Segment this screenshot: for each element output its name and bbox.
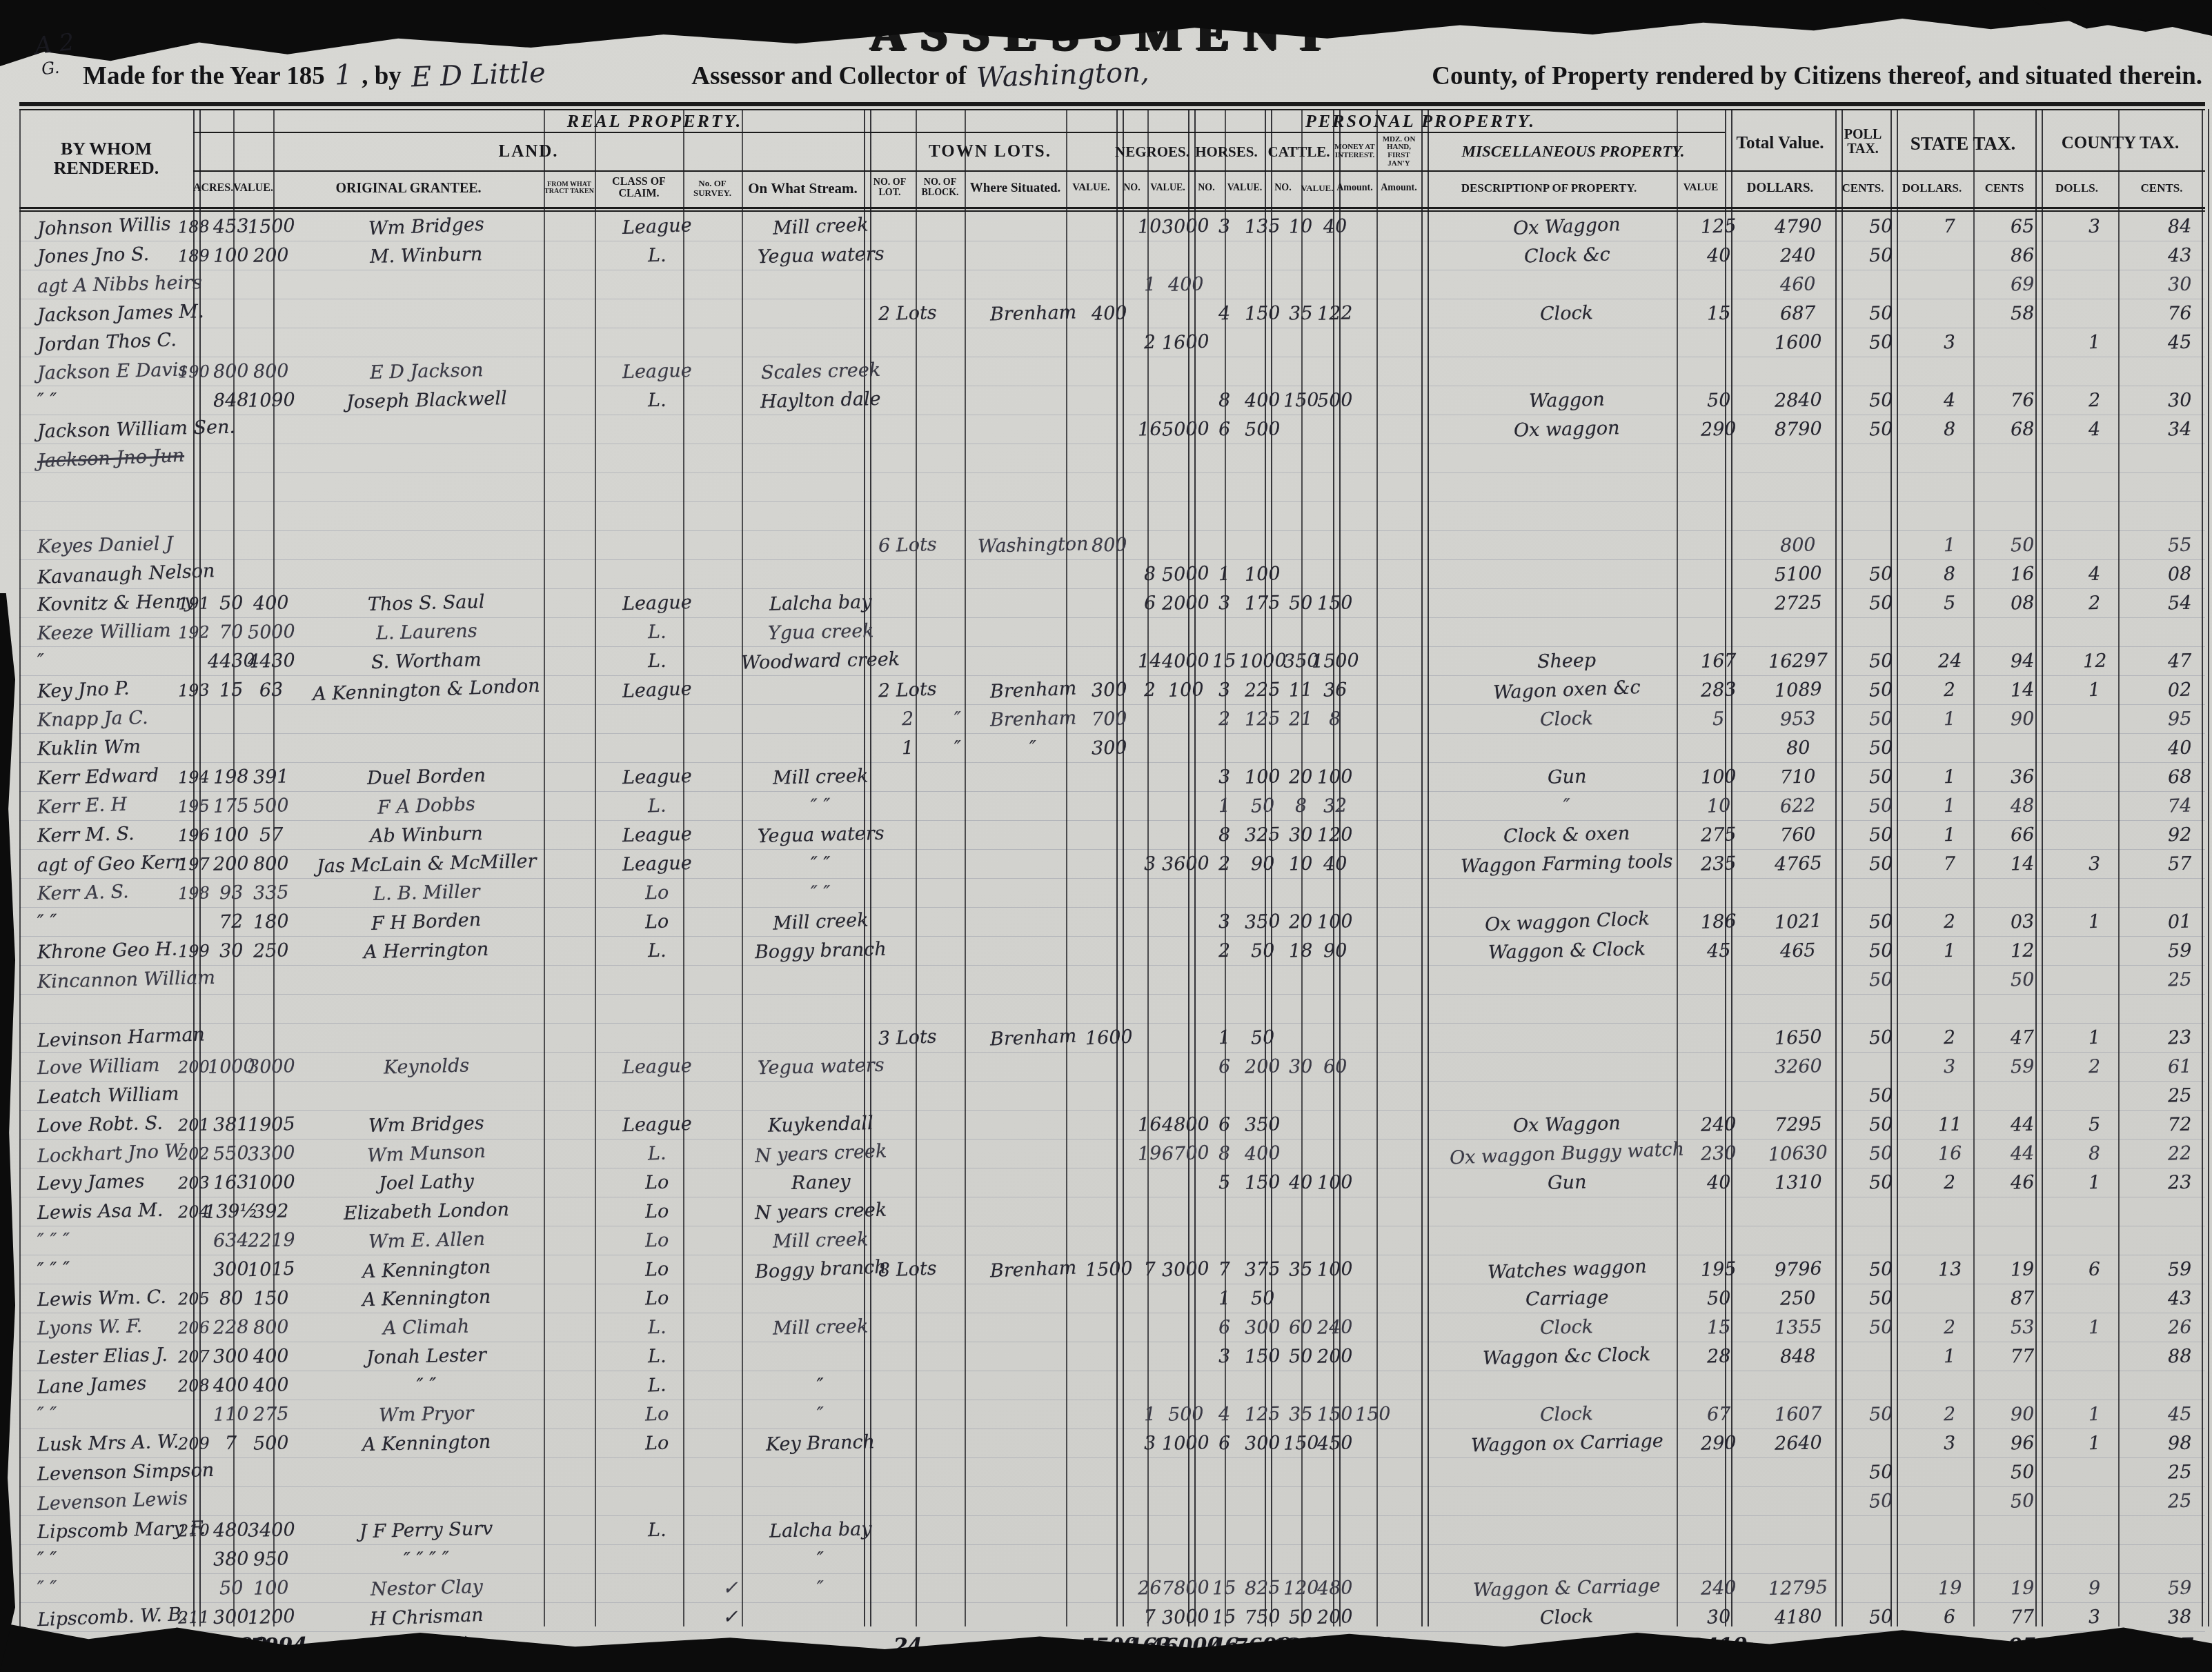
cell-cc: 30 [2136,270,2212,299]
cell-cd: 2 [2053,589,2136,617]
cell-sc: 65 [1991,212,2053,241]
cell-cls: L. [613,937,701,965]
cell-where [982,1226,1084,1255]
cell-stream [760,1082,882,1110]
header-no-of-survey: No. OF SURVEY. [683,172,742,204]
cell-where [982,1545,1084,1573]
cell-acres: 72 [211,908,251,936]
ledger-row: Levinson Harman3 LotsBrenham160015016505… [19,1024,2205,1053]
cell-hn [1206,734,1243,762]
cell-nn [1134,1458,1165,1486]
cell-surv [701,1139,760,1168]
cell-where [982,618,1084,646]
cell-mon [1351,531,1394,559]
ledger-row: Kuklin Wm1″″300805040 [19,734,2205,763]
cell-nv [1165,1545,1206,1573]
cell-cn [1283,1139,1319,1168]
cell-cls: League [613,821,701,849]
cell-cls [613,1024,701,1052]
cell-lotn [882,1168,934,1197]
ledger-row: Lockhart Jno W2025503300Wm MunsonL.N yea… [19,1139,2205,1168]
header-cattle: CATTLE. [1265,135,1333,169]
cell-desc [1439,1516,1695,1544]
cell-acres: 163 [211,1168,251,1197]
cell-cd [2053,444,2136,472]
cell-lotn [882,1111,934,1139]
cell-lotn: 2 Lots [882,676,934,704]
cell-hv: 100 [1243,763,1283,791]
header-horses-value: VALUE. [1225,172,1265,204]
cell-cv [1319,734,1351,762]
cell-lotn [882,618,934,646]
cell-cc [2136,1516,2212,1544]
cell-cd: 1 [2053,676,2136,704]
cell-acres [211,415,251,444]
cell-cn: 10 [1283,212,1319,241]
cell-tot [1743,1082,1853,1110]
cell-name: Jordan Thos C. [19,328,211,357]
cell-hn: 2 [1206,937,1243,965]
cell-cls: League [613,212,701,241]
cell-dval: 100 [1695,763,1743,791]
cell-nn [1134,995,1165,1023]
cell-lotv [1084,415,1134,444]
cell-tract [562,647,613,675]
cell-cv: 120 [1319,821,1351,849]
cell-surv [701,1197,760,1226]
cell-tract [562,879,613,907]
cell-hn: 6 [1206,1111,1243,1139]
cell-name: Kovnitz & Henry191 [19,589,211,617]
cell-stream: Scales creek [760,357,882,386]
cell-lotv [1084,444,1134,472]
cell-dval [1695,734,1743,762]
cell-acres [211,734,251,762]
cell-cc: 68 [2136,763,2212,791]
cell-desc [1439,1458,1695,1486]
cell-stream: ″ [760,1574,882,1602]
cell-sc [1991,1197,2053,1226]
cell-lotv [1084,995,1134,1023]
cell-tract [562,1429,613,1457]
cell-lotv [1084,241,1134,270]
cell-nv: 1600 [1165,328,1206,357]
ledger-row: ″ ″380950″ ″ ″ ″″ [19,1545,2205,1574]
cell-name: Lewis Asa M.204 [19,1197,211,1226]
cell-mds [1394,1053,1439,1081]
cell-tract [562,1342,613,1371]
cell-sd [1908,966,1991,994]
cell-tract [562,1313,613,1342]
cell-dval [1695,1545,1743,1573]
cell-lotn [882,763,934,791]
cell-cn: 21 [1283,705,1319,733]
cell-lotv [1084,1197,1134,1226]
cell-cc: 92 [2136,821,2212,849]
cell-cls [613,1574,701,1602]
cell-cls [613,966,701,994]
cell-cd [2053,792,2136,820]
cell-grantee: S. Wortham [291,647,562,675]
cell-nn [1134,299,1165,328]
cell-cd: 1 [2053,1168,2136,1197]
cell-nv [1165,502,1206,530]
cell-tract [562,241,613,270]
cell-poll [1853,1371,1908,1400]
cell-lotn [882,270,934,299]
cell-stream [760,676,882,704]
cell-stream: Mill creek [760,763,882,791]
cell-desc: Waggon & Clock [1439,937,1695,965]
cell-poll [1853,531,1908,559]
cell-grantee: L. B. Miller [291,879,562,907]
cell-mds [1394,705,1439,733]
cell-lotv [1084,1603,1134,1631]
cell-where [982,1082,1084,1110]
cell-mds [1394,299,1439,328]
cell-grantee: L. Laurens [291,618,562,646]
cell-grantee [291,444,562,472]
cell-nn [1134,763,1165,791]
cell-nv [1165,1024,1206,1052]
cell-name: Love William200 [19,1053,211,1081]
cell-mds [1394,1139,1439,1168]
cell-desc [1439,734,1695,762]
cell-lotn [882,995,934,1023]
cell-hn [1206,1545,1243,1573]
cell-nn: 16 [1134,1111,1165,1139]
rule-top-heavy [19,102,2205,106]
cell-dval [1695,502,1743,530]
cell-poll: 50 [1853,850,1908,878]
cell-sc [1991,444,2053,472]
cell-sd: 5 [1908,589,1991,617]
header-negroes-value: VALUE. [1147,172,1188,204]
cell-cn [1283,270,1319,299]
header-description-of-property: DESCRIPTIONP OF PROPERTY. [1421,172,1677,204]
cell-cn [1283,1487,1319,1515]
cell-grantee [291,560,562,588]
cell-grantee [291,1458,562,1486]
cell-sd: 1 [1908,792,1991,820]
cell-sc: 14 [1991,850,2053,878]
cell-mon [1351,328,1394,357]
cell-lotv [1084,908,1134,936]
cell-mds [1394,415,1439,444]
cell-desc: Ox waggon Clock [1439,908,1695,936]
cell-mon [1351,299,1394,328]
cell-hv [1243,618,1283,646]
cell-lval: 3400 [251,1516,291,1544]
cell-hv [1243,1197,1283,1226]
cell-poll [1853,357,1908,386]
cell-stream: Ygua creek [760,618,882,646]
cell-hn [1206,502,1243,530]
cell-stream: Yegua waters [760,1053,882,1081]
cell-dval [1695,328,1743,357]
cell-hn: 8 [1206,386,1243,415]
cell-cc: 76 [2136,299,2212,328]
header-negroes: NEGROES. [1116,135,1188,169]
cell-stream [760,328,882,357]
cell-hn [1206,995,1243,1023]
cell-cd [2053,1284,2136,1313]
cell-surv [701,763,760,791]
cell-desc [1439,1024,1695,1052]
cell-blk [934,1053,982,1081]
cell-where [982,850,1084,878]
cell-nn [1134,1545,1165,1573]
cell-grantee: M. Winburn [291,241,562,270]
cell-where [982,386,1084,415]
cell-lval: 335 [251,879,291,907]
header-lot-value: VALUE. [1066,172,1116,204]
cell-sc: 58 [1991,299,2053,328]
cell-cv: 60 [1319,1053,1351,1081]
ledger-row: Jackson James M.2 LotsBrenham40041503512… [19,299,2205,328]
cell-lotn [882,879,934,907]
cell-grantee: A Kennington [291,1255,562,1284]
cell-cv: 480 [1319,1574,1351,1602]
cell-mds [1394,1574,1439,1602]
cell-stream [760,415,882,444]
cell-cls: League [613,357,701,386]
cell-lval [251,1024,291,1052]
cell-poll: 50 [1853,792,1908,820]
cell-tract [562,1024,613,1052]
cell-hn [1206,1458,1243,1486]
cell-cv [1319,1082,1351,1110]
ledger-row: Kerr M. S.19610057Ab WinburnLeagueYegua … [19,821,2205,850]
ledger-row: Kovnitz & Henry19150400Thos S. SaulLeagu… [19,589,2205,618]
cell-sd [1908,1197,1991,1226]
cell-mds [1394,1168,1439,1197]
cell-cn [1283,995,1319,1023]
cell-poll [1853,1545,1908,1573]
cell-nn [1134,1371,1165,1400]
cell-mon [1351,1168,1394,1197]
cell-cd [2053,1545,2136,1573]
cell-sd [1908,299,1991,328]
cell-mon [1351,386,1394,415]
cell-mds [1394,270,1439,299]
cell-sd: 16 [1908,1139,1991,1168]
cell-poll: 50 [1853,241,1908,270]
cell-cn: 150 [1283,1429,1319,1457]
ledger-row: Lane James208400400″ ″L.″ [19,1371,2205,1400]
cell-surv [701,241,760,270]
cell-nv [1165,908,1206,936]
cell-cd [2053,1458,2136,1486]
cell-nn: 2 [1134,676,1165,704]
cell-lval: 500 [251,792,291,820]
cell-acres [211,705,251,733]
cell-lotv: 800 [1084,531,1134,559]
cell-cc: 45 [2136,1400,2212,1429]
header-town-lots: TOWN LOTS. [864,135,1116,169]
cell-nn [1134,502,1165,530]
cell-stream [760,270,882,299]
cell-hv [1243,328,1283,357]
cell-grantee: Wm E. Allen [291,1226,562,1255]
cell-lotv: 1500 [1084,1255,1134,1284]
cell-nv: 7800 [1165,1574,1206,1602]
cell-grantee: A Kennington [291,1284,562,1313]
cell-sd: 2 [1908,676,1991,704]
cell-cn [1283,1458,1319,1486]
cell-mon [1351,1371,1394,1400]
cell-lotn [882,1429,934,1457]
cell-lval: 1090 [251,386,291,415]
cell-cc: 47 [2136,647,2212,675]
cell-blk [934,908,982,936]
cell-nn [1134,444,1165,472]
header-total-dollars: DOLLARS. [1725,172,1835,204]
cell-tot: 250 [1743,1284,1853,1313]
cell-name: Khrone Geo H.199 [19,937,211,965]
cell-blk [934,1371,982,1400]
cell-stream: Woodward creek [760,647,882,675]
cell-nn: 1 [1134,270,1165,299]
cell-cn [1283,502,1319,530]
ledger-row: ″ ″50100Nestor Clay✓″26780015825120480Wa… [19,1574,2205,1603]
cell-cv [1319,1284,1351,1313]
cell-hn [1206,1226,1243,1255]
cell-tot: 80 [1743,734,1853,762]
scanned-assessment-ledger: A 2 G. ASSESSMENT Made for the Year 1851… [0,0,2212,1672]
cell-hn: 2 [1206,705,1243,733]
cell-lotv [1084,618,1134,646]
cell-lval: 180 [251,908,291,936]
cell-acres [211,328,251,357]
cell-lotn: 6 Lots [882,531,934,559]
cell-lval [251,299,291,328]
cell-nv: 5000 [1165,415,1206,444]
cell-dval [1695,1197,1743,1226]
cell-sd [1908,357,1991,386]
cell-acres [211,1487,251,1515]
cell-hn [1206,270,1243,299]
header-state-tax: STATE TAX. [1890,123,2035,164]
cell-grantee: Duel Borden [291,763,562,791]
cell-cd [2053,705,2136,733]
cell-lotv [1084,1371,1134,1400]
cell-dval: 230 [1695,1139,1743,1168]
cell-name: Key Jno P.193 [19,676,211,704]
cell-lotn: 2 [882,705,934,733]
cell-grantee: A Kennington & London [291,676,562,704]
cell-cc: 25 [2136,1458,2212,1486]
cell-cls: L. [613,241,701,270]
cell-tract [562,1053,613,1081]
cell-sc: 47 [1991,1024,2053,1052]
cell-dval [1695,589,1743,617]
cell-poll: 50 [1853,1024,1908,1052]
cell-mds [1394,531,1439,559]
cell-tract [562,1371,613,1400]
cell-blk [934,647,982,675]
cell-acres: 400 [211,1371,251,1400]
cell-cls: Lo [613,908,701,936]
cell-lotv [1084,1342,1134,1371]
ledger-row: ″ ″ ″6342219Wm E. AllenLoMill creek [19,1226,2205,1255]
cell-lval [251,734,291,762]
cell-nv [1165,821,1206,849]
cell-desc: Watches waggon [1439,1255,1695,1284]
cell-sd [1908,618,1991,646]
cell-mon [1351,212,1394,241]
cell-cn [1283,531,1319,559]
cell-acres: 30 [211,937,251,965]
header-on-what-stream: On What Stream. [742,172,864,204]
cell-poll: 50 [1853,328,1908,357]
cell-sc: 08 [1991,589,2053,617]
cell-sc: 90 [1991,1400,2053,1429]
cell-mon [1351,1487,1394,1515]
header-cattle-no: NO. [1265,172,1301,204]
cell-blk [934,1168,982,1197]
cell-lotn [882,1458,934,1486]
header-horses: HORSES. [1188,135,1265,169]
cell-cd [2053,1226,2136,1255]
cell-stream: ″ [760,1371,882,1400]
cell-lotv [1084,357,1134,386]
page-number: A 2 [34,28,76,60]
cell-lotv [1084,1545,1134,1573]
cell-sc [1991,995,2053,1023]
cell-grantee: ″ ″ [291,1371,562,1400]
header-land: LAND. [193,135,864,169]
cell-sd [1908,241,1991,270]
cell-poll [1853,473,1908,501]
cell-grantee: F H Borden [291,908,562,936]
cell-cls: L. [613,1371,701,1400]
cell-sc [1991,879,2053,907]
cell-where [982,473,1084,501]
cell-cc: 57 [2136,850,2212,878]
cell-grantee: ″ ″ ″ ″ [291,1545,562,1573]
cell-desc: Clock [1439,705,1695,733]
cell-stream: Boggy branch [760,937,882,965]
cell-hv: 150 [1243,1342,1283,1371]
cell-cd [2053,270,2136,299]
cell-desc [1439,560,1695,588]
cell-nv [1165,1226,1206,1255]
cell-mon [1351,647,1394,675]
cell-where: Washington [982,531,1084,559]
header-poll-tax: POLL TAX. [1835,116,1890,168]
page-number-note: A 2 G. [34,28,78,79]
header-no-of-block: NO. OF BLOCK. [916,172,965,204]
cell-nn [1134,1313,1165,1342]
cell-tot [1743,1458,1853,1486]
cell-desc: Clock &c [1439,241,1695,270]
cell-sc: 12 [1991,937,2053,965]
cell-desc: Ox Waggon [1439,212,1695,241]
cell-poll: 50 [1853,705,1908,733]
cell-desc [1439,328,1695,357]
cell-cls: L. [613,1516,701,1544]
cell-desc: Carriage [1439,1284,1695,1313]
cell-cd: 6 [2053,1255,2136,1284]
cell-lotn [882,473,934,501]
cell-cc [2136,357,2212,386]
cell-poll [1853,1226,1908,1255]
cell-name: Keeze William192 [19,618,211,646]
cell-tract [562,1487,613,1515]
cell-sd: 3 [1908,1053,1991,1081]
cell-lotn [882,1082,934,1110]
